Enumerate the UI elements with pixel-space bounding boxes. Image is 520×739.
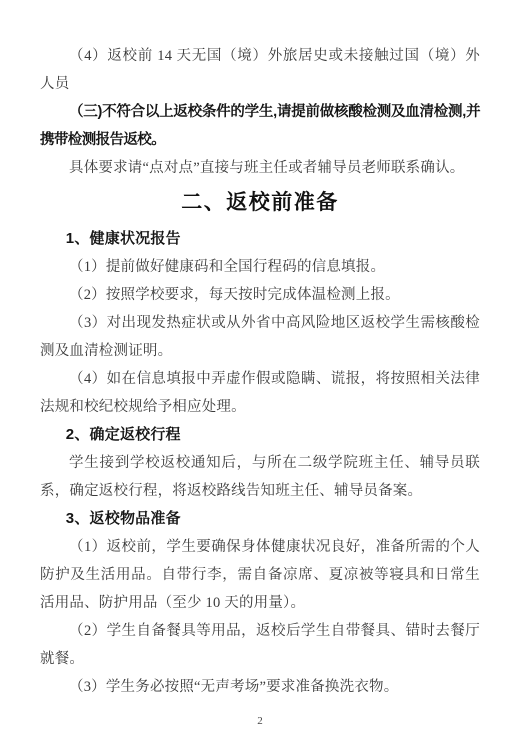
paragraph-supplies-2: （2）学生自备餐具等用品，返校后学生自带餐具、错时去餐厅就餐。 xyxy=(40,617,480,673)
paragraph-health-3: （3）对出现发热症状或从外省中高风险地区返校学生需核酸检测及血清检测证明。 xyxy=(40,309,480,365)
section-heading-preparation: 二、返校前准备 xyxy=(40,188,480,218)
paragraph-contact-teacher: 具体要求请“点对点”直接与班主任或者辅导员老师联系确认。 xyxy=(40,154,480,182)
paragraph-health-4: （4）如在信息填报中弄虚作假或隐瞒、谎报，将按照相关法律法规和校纪校规给予相应处… xyxy=(40,365,480,421)
subhead-travel-plan: 2、确定返校行程 xyxy=(40,421,480,449)
document-page: （4）返校前 14 天无国（境）外旅居史或未接触过国（境）外人员 （三)不符合以… xyxy=(0,0,520,739)
paragraph-supplies-3: （3）学生务必按照“无声考场”要求准备换洗衣物。 xyxy=(40,673,480,701)
subhead-supplies: 3、返校物品准备 xyxy=(40,505,480,533)
page-number: 2 xyxy=(40,714,480,728)
subhead-health-report: 1、健康状况报告 xyxy=(40,225,480,253)
paragraph-health-2: （2）按照学校要求，每天按时完成体温检测上报。 xyxy=(40,281,480,309)
paragraph-return-condition-4: （4）返校前 14 天无国（境）外旅居史或未接触过国（境）外人员 xyxy=(40,42,480,98)
paragraph-bold-notice: （三)不符合以上返校条件的学生,请提前做核酸检测及血清检测,并携带检测报告返校。 xyxy=(40,98,480,154)
paragraph-supplies-1: （1）返校前，学生要确保身体健康状况良好，准备所需的个人防护及生活用品。自带行李… xyxy=(40,533,480,617)
paragraph-health-1: （1）提前做好健康码和全国行程码的信息填报。 xyxy=(40,253,480,281)
paragraph-travel-1: 学生接到学校返校通知后，与所在二级学院班主任、辅导员联系，确定返校行程，将返校路… xyxy=(40,449,480,505)
